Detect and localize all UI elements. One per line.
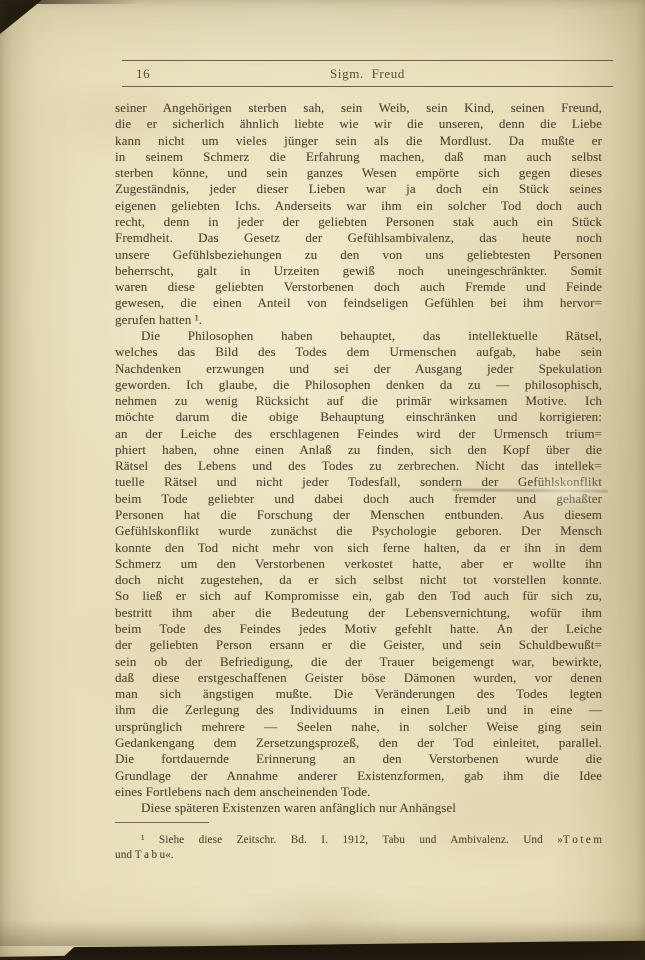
text-line: Schmerz um den Verstorbenen verkostet ha…	[115, 556, 602, 572]
text-line: Fremdheit. Das Gesetz der Gefühlsambival…	[115, 230, 602, 246]
text-line: ursprünglich mehrere — Seelen nahe, in s…	[115, 719, 602, 735]
text-line: Rätsel des Lebens und des Todes zu zerbr…	[115, 458, 602, 474]
text-line: Nachdenken erzwungen und sei der Ausgang…	[115, 361, 602, 377]
scan-corner-shadow	[0, 0, 42, 34]
text-line: Zugeständnis, jeder dieser Lieben war ja…	[115, 181, 602, 197]
paragraph: seiner Angehörigen sterben sah, sein Wei…	[115, 100, 602, 328]
text-line: daß diese erstgeschaffenen Geister böse …	[115, 670, 602, 686]
text-line: gewesen, die einen Anteil von feindselig…	[115, 295, 602, 311]
text-line: doch nicht zugestehen, da er sich selbst…	[115, 572, 602, 588]
footnote-separator-rule	[115, 822, 209, 823]
text-line: konnte den Tod nicht mehr von sich ferne…	[115, 540, 602, 556]
text-line: und T a b u«.	[115, 848, 602, 863]
running-head: 16 Sigm. Freud	[122, 60, 613, 87]
text-line: recht, denn in jeder der geliebten Perso…	[115, 214, 602, 230]
text-line: Personen hat die Forschung der Menschen …	[115, 507, 602, 523]
text-line: geworden. Ich glaube, die Philosophen de…	[115, 377, 602, 393]
text-line: sein ob der Befriedigung, die der Trauer…	[115, 654, 602, 670]
text-line: eigenen geliebten Ichs. Anderseits war i…	[115, 198, 602, 214]
text-line: welches das Bild des Todes dem Urmensche…	[115, 344, 602, 360]
text-line: bestritt ihm aber die Bedeutung der Lebe…	[115, 605, 602, 621]
text-line: ¹ Siehe diese Zeitschr. Bd. I. 1912, Tab…	[115, 833, 602, 848]
scan-top-edge-shadow	[0, 0, 140, 4]
text-line: waren diese geliebten Verstorbenen doch …	[115, 279, 602, 295]
text-line: seiner Angehörigen sterben sah, sein Wei…	[115, 100, 602, 116]
text-line: beim Tode geliebter und dabei doch auch …	[115, 491, 602, 507]
scanned-book-page: 16 Sigm. Freud seiner Angehörigen sterbe…	[0, 0, 645, 960]
running-title: Sigm. Freud	[122, 66, 613, 82]
text-line: die er sicherlich ähnlich liebte wie wir…	[115, 116, 602, 132]
text-line: gerufen hatten ¹.	[115, 312, 602, 328]
text-line: phiert haben, ohne einen Anlaß zu finden…	[115, 442, 602, 458]
text-line: Grundlage der Annahme anderer Existenzfo…	[115, 768, 602, 784]
text-line: unsere Gefühlsbeziehungen zu den von uns…	[115, 247, 602, 263]
paragraph: Die Philosophen haben behauptet, das int…	[115, 328, 602, 800]
text-line: in seinem Schmerz die Erfahrung machen, …	[115, 149, 602, 165]
text-line: der geliebten Person ersann er die Geist…	[115, 637, 602, 653]
text-line: beherrscht, galt in Urzeiten gewiß noch …	[115, 263, 602, 279]
text-line: eines Fortlebens nach dem anscheinenden …	[115, 784, 602, 800]
text-line: nehmen zu wenig Rücksicht auf die primär…	[115, 393, 602, 409]
text-line: möchte darum die obige Behauptung einsch…	[115, 409, 602, 425]
text-line: beim Tode des Feindes jedes Motiv gefehl…	[115, 621, 602, 637]
footnote: ¹ Siehe diese Zeitschr. Bd. I. 1912, Tab…	[115, 833, 602, 862]
paragraph: Diese späteren Existenzen waren anfängli…	[115, 800, 602, 816]
body-text: seiner Angehörigen sterben sah, sein Wei…	[115, 100, 602, 816]
text-line: an der Leiche des erschlagenen Feindes w…	[115, 426, 602, 442]
text-line: Gefühlskonflikt wurde zunächst die Psych…	[115, 523, 602, 539]
text-line: Die fortdauernde Erinnerung an den Verst…	[115, 751, 602, 767]
text-line: Die Philosophen haben behauptet, das int…	[115, 328, 602, 344]
text-line: Gedankengang dem Zersetzungsprozeß, den …	[115, 735, 602, 751]
text-line: sterben könne, und sein ganzes Wesen emp…	[115, 165, 602, 181]
text-line: Diese späteren Existenzen waren anfängli…	[115, 800, 602, 816]
text-line: So ließ er sich auf Kompromisse ein, gab…	[115, 588, 602, 604]
text-line: man sich ängstigen mußte. Die Veränderun…	[115, 686, 602, 702]
text-line: kann nicht um vieles jünger sein als die…	[115, 133, 602, 149]
text-line: ihm die Zerlegung des Individuums in ein…	[115, 702, 602, 718]
